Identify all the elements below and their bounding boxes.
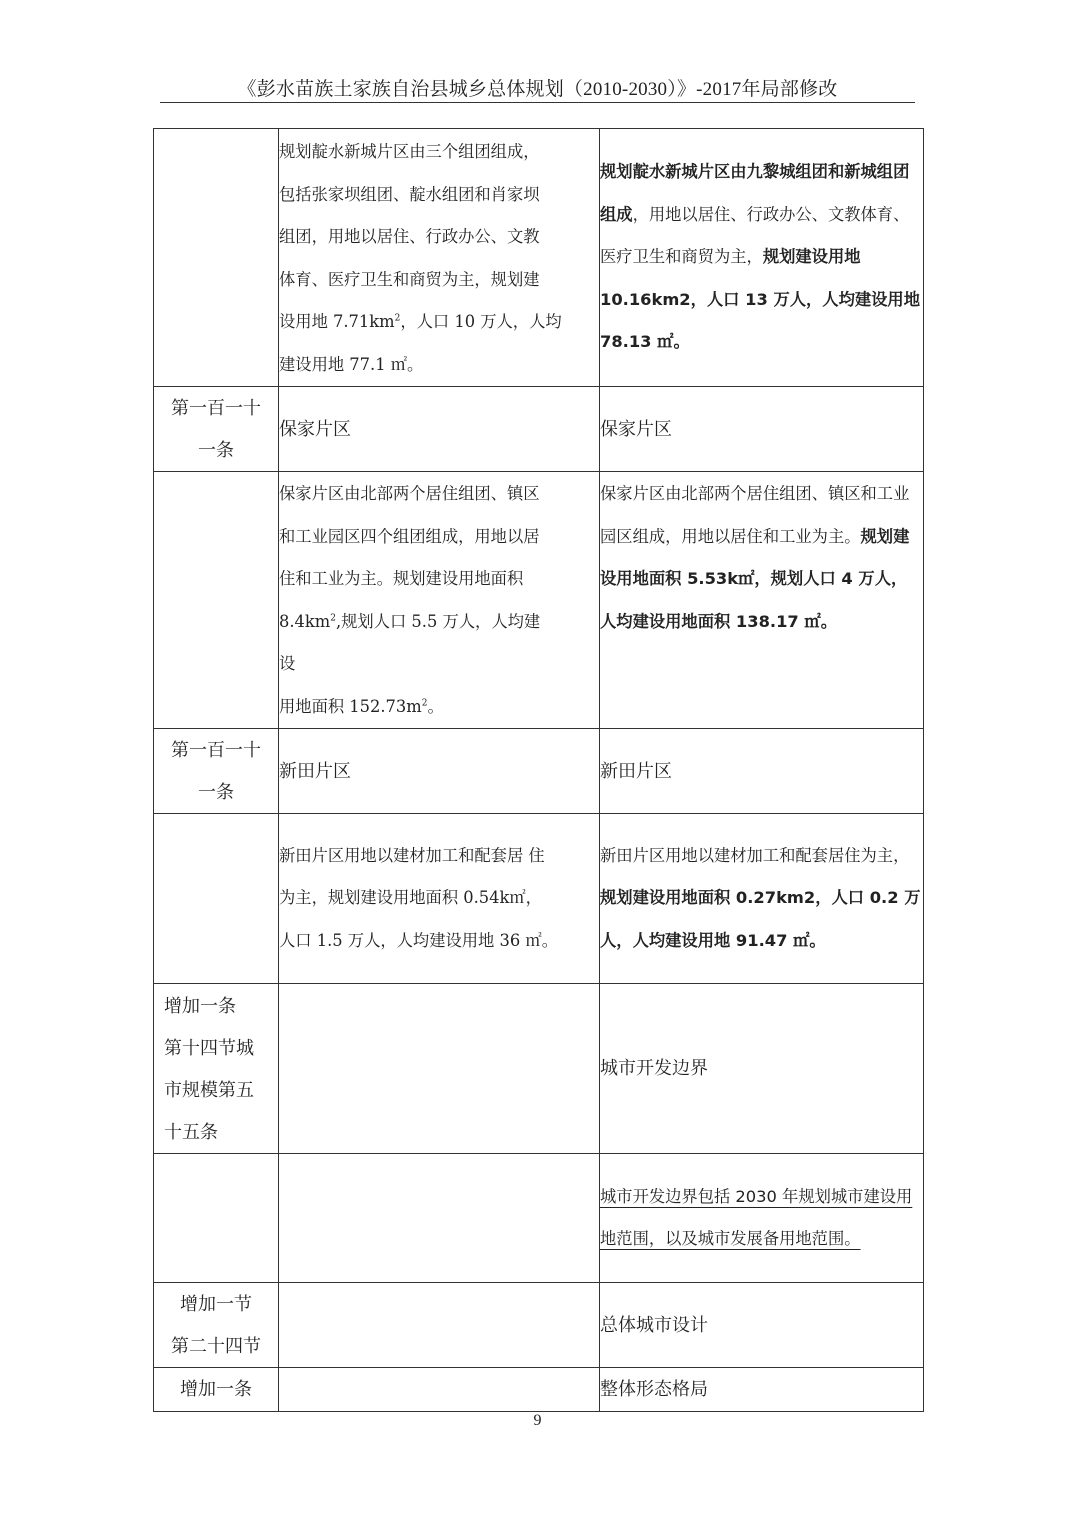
article-line: 一条 <box>154 429 278 471</box>
table-row: 第一百一十 一条 保家片区 保家片区 <box>154 387 924 472</box>
original-text-cell <box>279 1368 600 1412</box>
text-line: 包括张家坝组团、靛水组团和肖家坝 <box>279 174 599 217</box>
article-line: 第一百一十 <box>154 387 278 429</box>
article-line: 十五条 <box>164 1111 278 1153</box>
article-line: 市规模第五 <box>164 1069 278 1111</box>
article-line: 一条 <box>154 771 278 813</box>
text-line: 建设用地 77.1 ㎡。 <box>279 344 599 387</box>
revised-text-cell: 城市开发边界 <box>600 984 924 1154</box>
text-line: 设用地 7.71km2，人口 10 万人，人均 <box>279 301 599 344</box>
table-row: 城市开发边界包括 2030 年规划城市建设用地范围，以及城市发展备用地范围。 <box>154 1154 924 1283</box>
revised-text-cell: 保家片区由北部两个居住组团、镇区和工业园区组成，用地以居住和工业为主。规划建设用… <box>600 472 924 729</box>
article-line: 第一百一十 <box>154 729 278 771</box>
text-line: 规划靛水新城片区由三个组团组成， <box>279 131 599 174</box>
document-header-title: 《彭水苗族土家族自治县城乡总体规划（2010-2030）》-2017年局部修改 <box>160 74 915 101</box>
text-fragment: 用地面积 152.73m <box>279 697 422 716</box>
text-line: 和工业园区四个组团组成，用地以居 <box>279 516 599 559</box>
text-fragment: ,规划人口 5.5 万人，人均建 <box>336 612 540 631</box>
text-line: 设 <box>279 643 599 686</box>
original-text-cell: 规划靛水新城片区由三个组团组成， 包括张家坝组团、靛水组团和肖家坝 组团，用地以… <box>279 129 600 387</box>
text-fragment: 。 <box>427 697 443 716</box>
article-cell: 第一百一十 一条 <box>154 729 279 814</box>
article-line: 第十四节城 <box>164 1027 278 1069</box>
article-cell <box>154 1154 279 1283</box>
original-text-cell: 新田片区用地以建材加工和配套居 住 为主，规划建设用地面积 0.54k㎡， 人口… <box>279 814 600 984</box>
article-line: 增加一条 <box>164 985 278 1027</box>
table-row: 保家片区由北部两个居住组团、镇区 和工业园区四个组团组成，用地以居 住和工业为主… <box>154 472 924 729</box>
table-row: 增加一条 整体形态格局 <box>154 1368 924 1412</box>
text-line: 8.4km2,规划人口 5.5 万人，人均建 <box>279 601 599 644</box>
revised-text-cell: 新田片区 <box>600 729 924 814</box>
article-cell <box>154 472 279 729</box>
revised-text-cell: 规划靛水新城片区由九黎城组团和新城组团组成，用地以居住、行政办公、文教体育、医疗… <box>600 129 924 387</box>
text-fragment: 8.4km <box>279 612 330 631</box>
text-line: 保家片区由北部两个居住组团、镇区 <box>279 473 599 516</box>
table-row: 增加一条 第十四节城 市规模第五 十五条 城市开发边界 <box>154 984 924 1154</box>
revised-text-cell: 城市开发边界包括 2030 年规划城市建设用地范围，以及城市发展备用地范围。 <box>600 1154 924 1283</box>
text-line: 组团，用地以居住、行政办公、文教 <box>279 216 599 259</box>
text-line: 用地面积 152.73m2。 <box>279 686 599 729</box>
article-cell: 增加一条 <box>154 1368 279 1412</box>
revised-text-cell: 整体形态格局 <box>600 1368 924 1412</box>
page-number: 9 <box>0 1412 1075 1430</box>
table-row: 增加一节 第二十四节 总体城市设计 <box>154 1283 924 1368</box>
original-text-cell <box>279 1154 600 1283</box>
normal-text: ，用地以居住、行政办公、文教体育、医疗卫生和商贸为主， <box>600 205 909 267</box>
revised-text-cell: 保家片区 <box>600 387 924 472</box>
article-cell <box>154 814 279 984</box>
original-text-cell <box>279 1283 600 1368</box>
amendment-table: 规划靛水新城片区由三个组团组成， 包括张家坝组团、靛水组团和肖家坝 组团，用地以… <box>153 128 924 1412</box>
text-line: 为主，规划建设用地面积 0.54k㎡， <box>279 877 599 920</box>
bold-text: 规划建设用地面积 0.27km2，人口 0.2 万人，人均建设用地 91.47 … <box>600 888 921 950</box>
article-cell: 增加一条 第十四节城 市规模第五 十五条 <box>154 984 279 1154</box>
table-row: 规划靛水新城片区由三个组团组成， 包括张家坝组团、靛水组团和肖家坝 组团，用地以… <box>154 129 924 387</box>
text-line: 人口 1.5 万人，人均建设用地 36 ㎡。 <box>279 920 599 963</box>
original-text-cell: 新田片区 <box>279 729 600 814</box>
header-divider <box>160 102 915 103</box>
text-fragment: ，人口 10 万人，人均 <box>400 312 561 331</box>
article-line: 增加一条 <box>154 1368 278 1410</box>
revised-text-cell: 总体城市设计 <box>600 1283 924 1368</box>
table-row: 第一百一十 一条 新田片区 新田片区 <box>154 729 924 814</box>
article-cell: 增加一节 第二十四节 <box>154 1283 279 1368</box>
text-line: 体育、医疗卫生和商贸为主，规划建 <box>279 259 599 302</box>
original-text-cell <box>279 984 600 1154</box>
original-text-cell: 保家片区 <box>279 387 600 472</box>
original-text-cell: 保家片区由北部两个居住组团、镇区 和工业园区四个组团组成，用地以居 住和工业为主… <box>279 472 600 729</box>
underlined-text: 城市开发边界包括 2030 年规划城市建设用地范围，以及城市发展备用地范围。 <box>600 1187 912 1249</box>
article-cell <box>154 129 279 387</box>
revised-text-cell: 新田片区用地以建材加工和配套居住为主，规划建设用地面积 0.27km2，人口 0… <box>600 814 924 984</box>
article-cell: 第一百一十 一条 <box>154 387 279 472</box>
normal-text: 新田片区用地以建材加工和配套居住为主， <box>600 846 909 865</box>
text-line: 新田片区用地以建材加工和配套居 住 <box>279 835 599 878</box>
article-line: 第二十四节 <box>154 1325 278 1367</box>
article-line: 增加一节 <box>154 1283 278 1325</box>
table-row: 新田片区用地以建材加工和配套居 住 为主，规划建设用地面积 0.54k㎡， 人口… <box>154 814 924 984</box>
text-line: 住和工业为主。规划建设用地面积 <box>279 558 599 601</box>
text-fragment: 设用地 7.71km <box>279 312 395 331</box>
